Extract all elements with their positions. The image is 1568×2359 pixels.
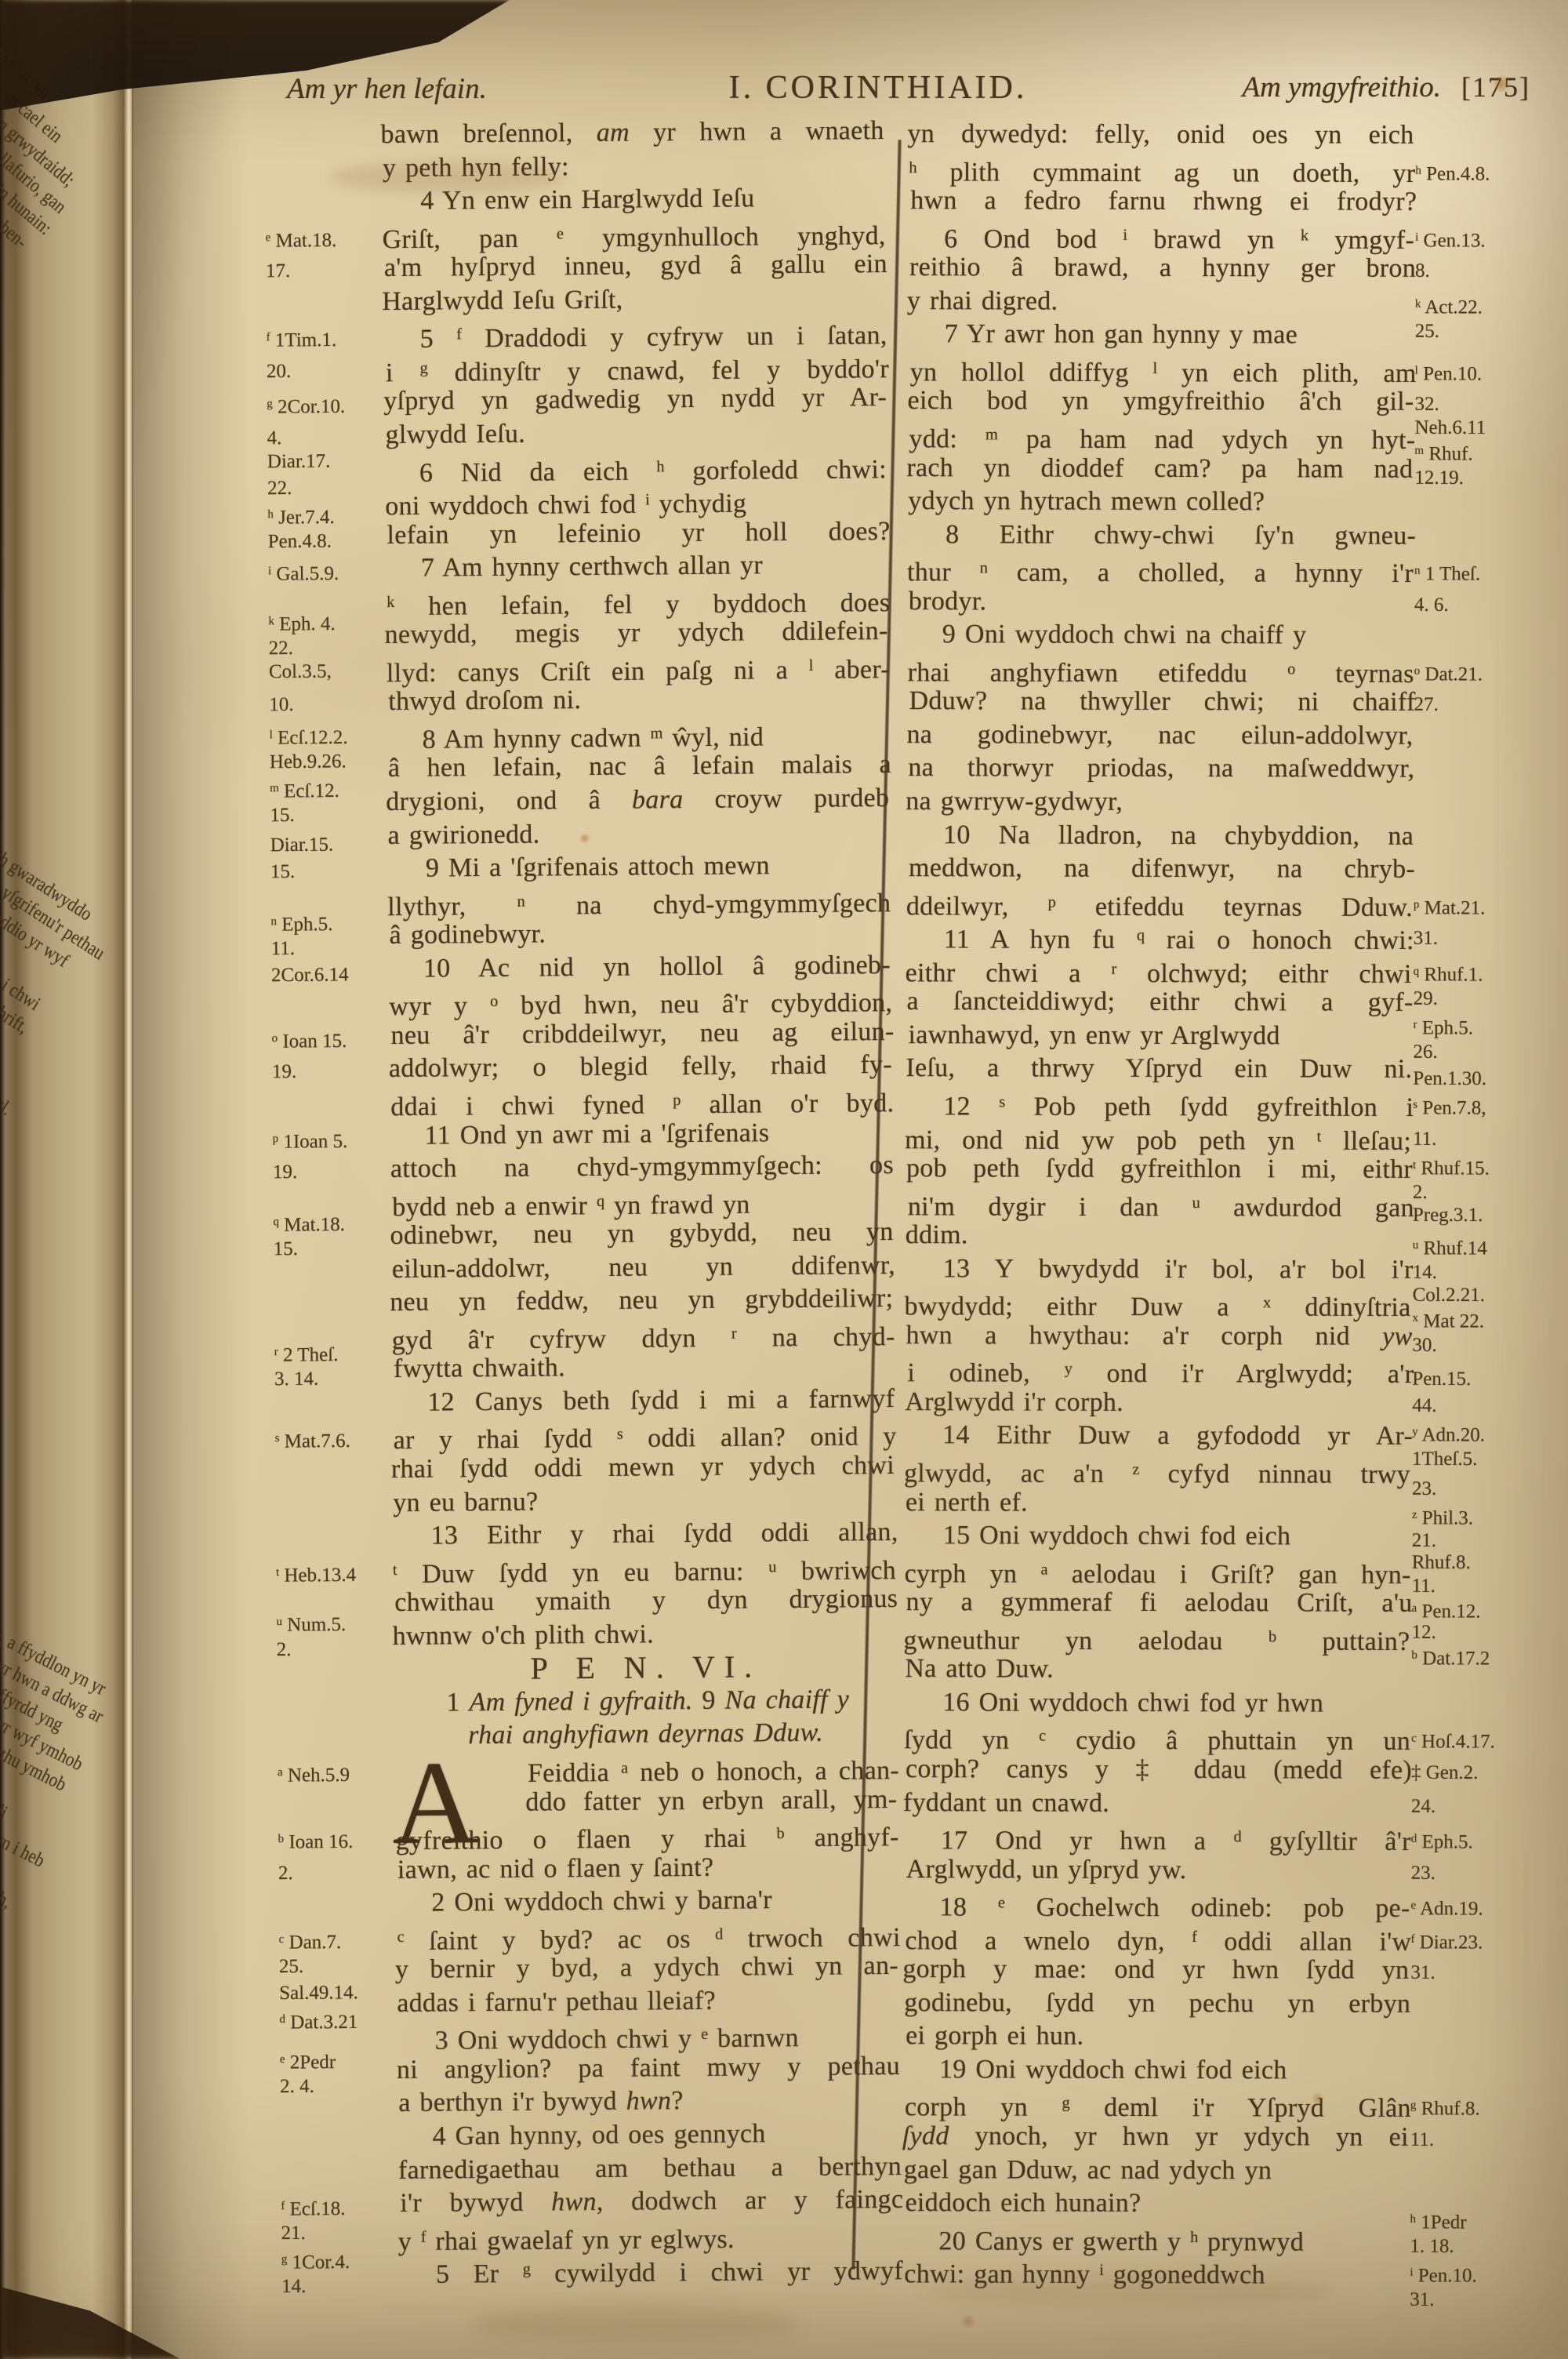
text-line: 6 Ond bod i brawd yn k ymgyf- xyxy=(908,219,1414,254)
right-text-column: yn dywedyd: felly, onid oes yn eichh pli… xyxy=(0,0,1568,2359)
superscript-ref: m xyxy=(1414,445,1424,457)
superscript-ref: q xyxy=(1137,927,1145,944)
superscript-ref: o xyxy=(1287,660,1295,678)
text-line: corph? canys y ‡ ddau (medd efe) xyxy=(906,1754,1412,1789)
text-line: 7 Yr awr hon gan hynny y mae xyxy=(909,318,1415,354)
superscript-ref: i xyxy=(1415,231,1418,243)
ink-smudge xyxy=(329,162,564,193)
text-line: godinebu, ſydd yn pechu yn erbyn xyxy=(904,1987,1410,2023)
superscript-ref: g xyxy=(1410,2099,1417,2112)
superscript-ref: x xyxy=(1413,1312,1419,1325)
margin-note: h 1Pedr xyxy=(1410,2209,1563,2234)
text-line: 11 A hyn fu q rai o honoch chwi: xyxy=(908,919,1414,954)
superscript-ref: z xyxy=(1132,1461,1139,1478)
superscript-ref: e xyxy=(998,1895,1005,1912)
text-line: pob peth ſydd gyfreithlon i mi, eithr xyxy=(906,1153,1413,1188)
superscript-ref: n xyxy=(980,559,988,576)
text-line: corph yn g deml i'r Yſpryd Glân xyxy=(905,2088,1411,2123)
superscript-ref: p xyxy=(1414,898,1420,911)
ink-smudge xyxy=(470,2306,800,2342)
text-line: ſydd ynoch, yr hwn yr ydych yn ei xyxy=(902,2121,1409,2156)
text-line: yn dywedyd: felly, onid oes yn eich xyxy=(907,118,1414,154)
text-line: 17 Ond yr hwn a d gyſylltir â'r xyxy=(905,1820,1411,1856)
superscript-ref: x xyxy=(1263,1295,1271,1312)
margin-note: 25. xyxy=(1415,321,1568,343)
superscript-ref: s xyxy=(1413,1099,1417,1111)
margin-note: 11. xyxy=(1413,1128,1566,1150)
superscript-ref: d xyxy=(1234,1828,1242,1845)
text-line: h plith cymmaint ag un doeth, yr xyxy=(909,152,1415,187)
superscript-ref: y xyxy=(1065,1361,1073,1378)
margin-note: x Mat 22. xyxy=(1412,1308,1565,1332)
text-line: a ſancteiddiwyd; eithr chwi a gyf- xyxy=(907,986,1414,1021)
superscript-ref: i xyxy=(1410,2266,1413,2279)
text-line: 20 Canys er gwerth y h prynwyd xyxy=(902,2221,1409,2256)
margin-note: 11. xyxy=(1412,1575,1565,1597)
margin-note: k Act.22. xyxy=(1415,294,1568,318)
margin-note: 4. 6. xyxy=(1414,594,1567,616)
superscript-ref: s xyxy=(999,1093,1005,1110)
superscript-ref: m xyxy=(985,426,998,443)
text-line: cyrph yn a aelodau i Griſt? gan hyn- xyxy=(905,1554,1411,1589)
text-line: fyddant un cnawd. xyxy=(903,1787,1410,1823)
text-line: glwydd, ac a'n z cyfyd ninnau trwy xyxy=(904,1453,1410,1488)
margin-note: s Pen.7.8, xyxy=(1413,1095,1566,1119)
margin-note: 27. xyxy=(1414,694,1567,716)
text-line: yn hollol ddiffyg l yn eich plith, am xyxy=(910,352,1417,387)
superscript-ref: t xyxy=(1316,1128,1321,1145)
superscript-ref: g xyxy=(1062,2095,1069,2112)
text-line: ſydd yn c cydio â phuttain yn un xyxy=(904,1720,1410,1755)
text-line: ny a gymmeraf fi aelodau Criſt, a'u xyxy=(906,1587,1413,1622)
superscript-ref: z xyxy=(1412,1509,1417,1521)
superscript-ref: i xyxy=(1123,226,1127,243)
superscript-ref: y xyxy=(1412,1426,1418,1438)
text-line: 12 s Pob peth ſydd gyfreithlon i xyxy=(907,1086,1414,1121)
margin-note: 24. xyxy=(1411,1795,1564,1817)
text-line: chod a wnelo dyn, f oddi allan i'w xyxy=(905,1921,1411,1956)
margin-note: 26. xyxy=(1413,1041,1566,1063)
margin-note: h Pen.4.8. xyxy=(1415,160,1568,184)
superscript-ref: q xyxy=(1414,965,1420,978)
text-line: rhai anghyfiawn etifeddu o teyrnas xyxy=(908,652,1414,688)
margin-note: 44. xyxy=(1412,1395,1565,1417)
text-line: 14 Eithr Duw a gyfododd yr Ar- xyxy=(906,1420,1413,1456)
margin-note: 11. xyxy=(1410,2129,1563,2151)
text-line: bwydydd; eithr Duw a x ddinyſtria xyxy=(905,1286,1411,1321)
margin-note: 1Theſ.5. xyxy=(1412,1448,1565,1470)
superscript-ref: r xyxy=(1111,961,1116,978)
margin-note: c Hoſ.4.17. xyxy=(1411,1728,1564,1753)
margin-note: Neh.6.11 xyxy=(1414,417,1567,439)
superscript-ref: b xyxy=(1411,1649,1417,1662)
superscript-ref: u xyxy=(1413,1238,1419,1251)
superscript-ref: f xyxy=(1410,1932,1414,1945)
text-line: Na atto Duw. xyxy=(905,1653,1411,1688)
superscript-ref: a xyxy=(1041,1561,1048,1578)
margin-note: Rhuf.8. xyxy=(1412,1552,1565,1574)
text-line: 15 Oni wyddoch chwi fod eich xyxy=(907,1520,1414,1555)
margin-note: u Rhuf.14 xyxy=(1413,1234,1566,1259)
superscript-ref: l xyxy=(1415,365,1418,377)
margin-note: a Pen.12. xyxy=(1412,1598,1565,1623)
margin-note: r Eph.5. xyxy=(1413,1015,1566,1039)
text-line: na thorwyr priodas, na maſweddwyr, xyxy=(908,753,1414,788)
text-line: gorph y mae: ond yr hwn ſydd yn xyxy=(902,1954,1409,1989)
superscript-ref: h xyxy=(1415,164,1421,176)
text-line: 9 Oni wyddoch chwi na chaiff y xyxy=(906,619,1413,654)
margin-note: 21. xyxy=(1412,1530,1565,1552)
text-line: ni'm dygir i dan u awdurdod gan xyxy=(908,1187,1414,1222)
margin-note: 1. 18. xyxy=(1410,2236,1563,2258)
margin-note: p Mat.21. xyxy=(1414,894,1566,918)
margin-note: i Pen.10. xyxy=(1410,2263,1563,2287)
text-line: gwneuthur yn aelodau b puttain? xyxy=(903,1620,1410,1656)
margin-note: b Dat.17.2 xyxy=(1411,1645,1564,1670)
superscript-ref: o xyxy=(1414,665,1421,678)
margin-note: 23. xyxy=(1411,1862,1564,1884)
margin-note: ‡ Gen.2. xyxy=(1411,1762,1564,1784)
text-line: y rhai digred. xyxy=(907,285,1414,321)
margin-note: Pen.15. xyxy=(1412,1369,1565,1390)
text-line: i odineb, y ond i'r Arglwydd; a'r xyxy=(907,1353,1414,1388)
margin-note: f Diar.23. xyxy=(1410,1928,1563,1953)
superscript-ref: c xyxy=(1411,1732,1417,1745)
text-line: brodyr. xyxy=(909,586,1415,621)
text-line: reithio â brawd, a hynny ger bron xyxy=(909,252,1416,287)
text-line: meddwon, na difenwyr, na chryb- xyxy=(909,852,1415,888)
text-line: 18 e Gochelwch odineb: pob pe- xyxy=(904,1887,1410,1922)
text-line: hwn a fedro farnu rhwng ei frodyr? xyxy=(910,185,1417,220)
superscript-ref: c xyxy=(1039,1728,1046,1745)
margin-note: t Rhuf.15. xyxy=(1413,1154,1566,1179)
margin-note: 14. xyxy=(1413,1261,1566,1283)
superscript-ref: b xyxy=(1269,1628,1276,1645)
text-line: ei gorph ei hun. xyxy=(906,2020,1412,2055)
superscript-ref: d xyxy=(1411,1833,1417,1845)
superscript-ref: u xyxy=(1192,1194,1200,1212)
superscript-ref: a xyxy=(1412,1602,1417,1615)
text-line: eithr chwi a r olchwyd; eithr chwi xyxy=(906,953,1412,988)
margin-note: Preg.3.1. xyxy=(1413,1205,1566,1227)
text-line: Arglwydd, un yſpryd yw. xyxy=(906,1854,1413,1889)
margin-note: z Phil.3. xyxy=(1412,1505,1565,1529)
margin-note: 31. xyxy=(1410,1962,1563,1984)
margin-note: Pen.1.30. xyxy=(1413,1068,1566,1090)
margin-note: 30. xyxy=(1412,1335,1565,1357)
text-line: eiddoch eich hunain? xyxy=(906,2187,1412,2223)
margin-note: m Rhuf. xyxy=(1414,441,1567,465)
margin-note: g Rhuf.8. xyxy=(1410,2095,1563,2120)
text-line: gael gan Dduw, ac nad ydych yn xyxy=(904,2154,1410,2190)
superscript-ref: h xyxy=(1190,2229,1198,2246)
margin-note: 2. xyxy=(1413,1181,1566,1203)
margin-note: n 1 Theſ. xyxy=(1414,561,1567,585)
margin-note: e Adn.19. xyxy=(1411,1896,1564,1920)
superscript-ref: k xyxy=(1301,227,1308,244)
margin-note: Col.2.21. xyxy=(1413,1285,1566,1307)
text-line: na gwrryw-gydwyr, xyxy=(906,786,1412,821)
text-line: thur n cam, a cholled, a hynny i'r xyxy=(907,552,1414,587)
superscript-ref: n xyxy=(1414,565,1421,577)
margin-note: d Eph.5. xyxy=(1411,1829,1564,1853)
margin-note: 31. xyxy=(1414,928,1566,950)
margin-note: o Dat.21. xyxy=(1414,661,1567,685)
superscript-ref: r xyxy=(1413,1019,1417,1031)
text-line: Dduw? na thwyller chwi; ni chaiff xyxy=(909,685,1416,721)
text-line: 8 Eithr chwy-chwi ſy'n gwneu- xyxy=(909,519,1416,554)
text-line: ydd: m pa ham nad ydych yn hyt- xyxy=(909,419,1415,454)
margin-note: 12.19. xyxy=(1414,467,1567,489)
margin-note: i Gen.13. xyxy=(1415,227,1568,251)
text-line: ddim. xyxy=(906,1219,1412,1255)
text-line: 10 Na lladron, na chybyddion, na xyxy=(907,820,1414,855)
margin-note: q Rhuf.1. xyxy=(1414,961,1566,986)
margin-note: y Adn.20. xyxy=(1412,1422,1565,1446)
text-line: Ieſu, a thrwy Yſpryd ein Duw ni. xyxy=(906,1052,1412,1088)
superscript-ref: l xyxy=(1152,360,1157,377)
margin-note: 29. xyxy=(1414,988,1566,1010)
superscript-ref: f xyxy=(1192,1928,1197,1946)
text-line: mi, ond nid yw pob peth yn t lleſau; xyxy=(905,1120,1411,1155)
text-line: 13 Y bwydydd i'r bol, a'r bol i'r xyxy=(907,1253,1414,1289)
margin-note: 23. xyxy=(1412,1478,1565,1500)
text-line: Arglwydd i'r corph. xyxy=(905,1387,1411,1422)
text-line: iawnhawyd, yn enw yr Arglwydd xyxy=(908,1020,1414,1055)
scanned-bible-page: yn a ſyched, ac ynnoethion, ac yn cael e… xyxy=(0,0,1568,2359)
margin-note: 8. xyxy=(1415,260,1568,282)
text-line: na godinebwyr, nac eilun-addolwyr, xyxy=(906,719,1413,754)
margin-note: l Pen.10. xyxy=(1415,361,1568,385)
text-line: ddeilwyr, p etifeddu teyrnas Dduw. xyxy=(906,886,1413,921)
margin-note: 12. xyxy=(1411,1622,1564,1644)
text-line: ydych yn hytrach mewn colled? xyxy=(908,485,1414,521)
text-line: hwn a hwythau: a'r corph nid yw xyxy=(906,1320,1412,1355)
margin-note: 31. xyxy=(1410,2289,1563,2311)
superscript-ref: h xyxy=(909,159,916,176)
text-line: 19 Oni wyddoch chwi fod eich xyxy=(903,2054,1410,2089)
text-line: eich bod yn ymgyfreithio â'ch gil- xyxy=(908,385,1414,420)
text-line: 16 Oni wyddoch chwi fod yr hwn xyxy=(906,1687,1413,1722)
superscript-ref: e xyxy=(1411,1899,1417,1912)
superscript-ref: k xyxy=(1415,298,1421,311)
margin-note: 32. xyxy=(1415,394,1568,416)
ink-smudge xyxy=(925,2274,1333,2307)
superscript-ref: t xyxy=(1413,1158,1416,1171)
text-line: ei nerth ef. xyxy=(906,1487,1412,1522)
text-line: rach yn dioddef cam? pa ham nad xyxy=(906,453,1413,488)
superscript-ref: h xyxy=(1410,2213,1416,2226)
superscript-ref: p xyxy=(1048,893,1056,911)
